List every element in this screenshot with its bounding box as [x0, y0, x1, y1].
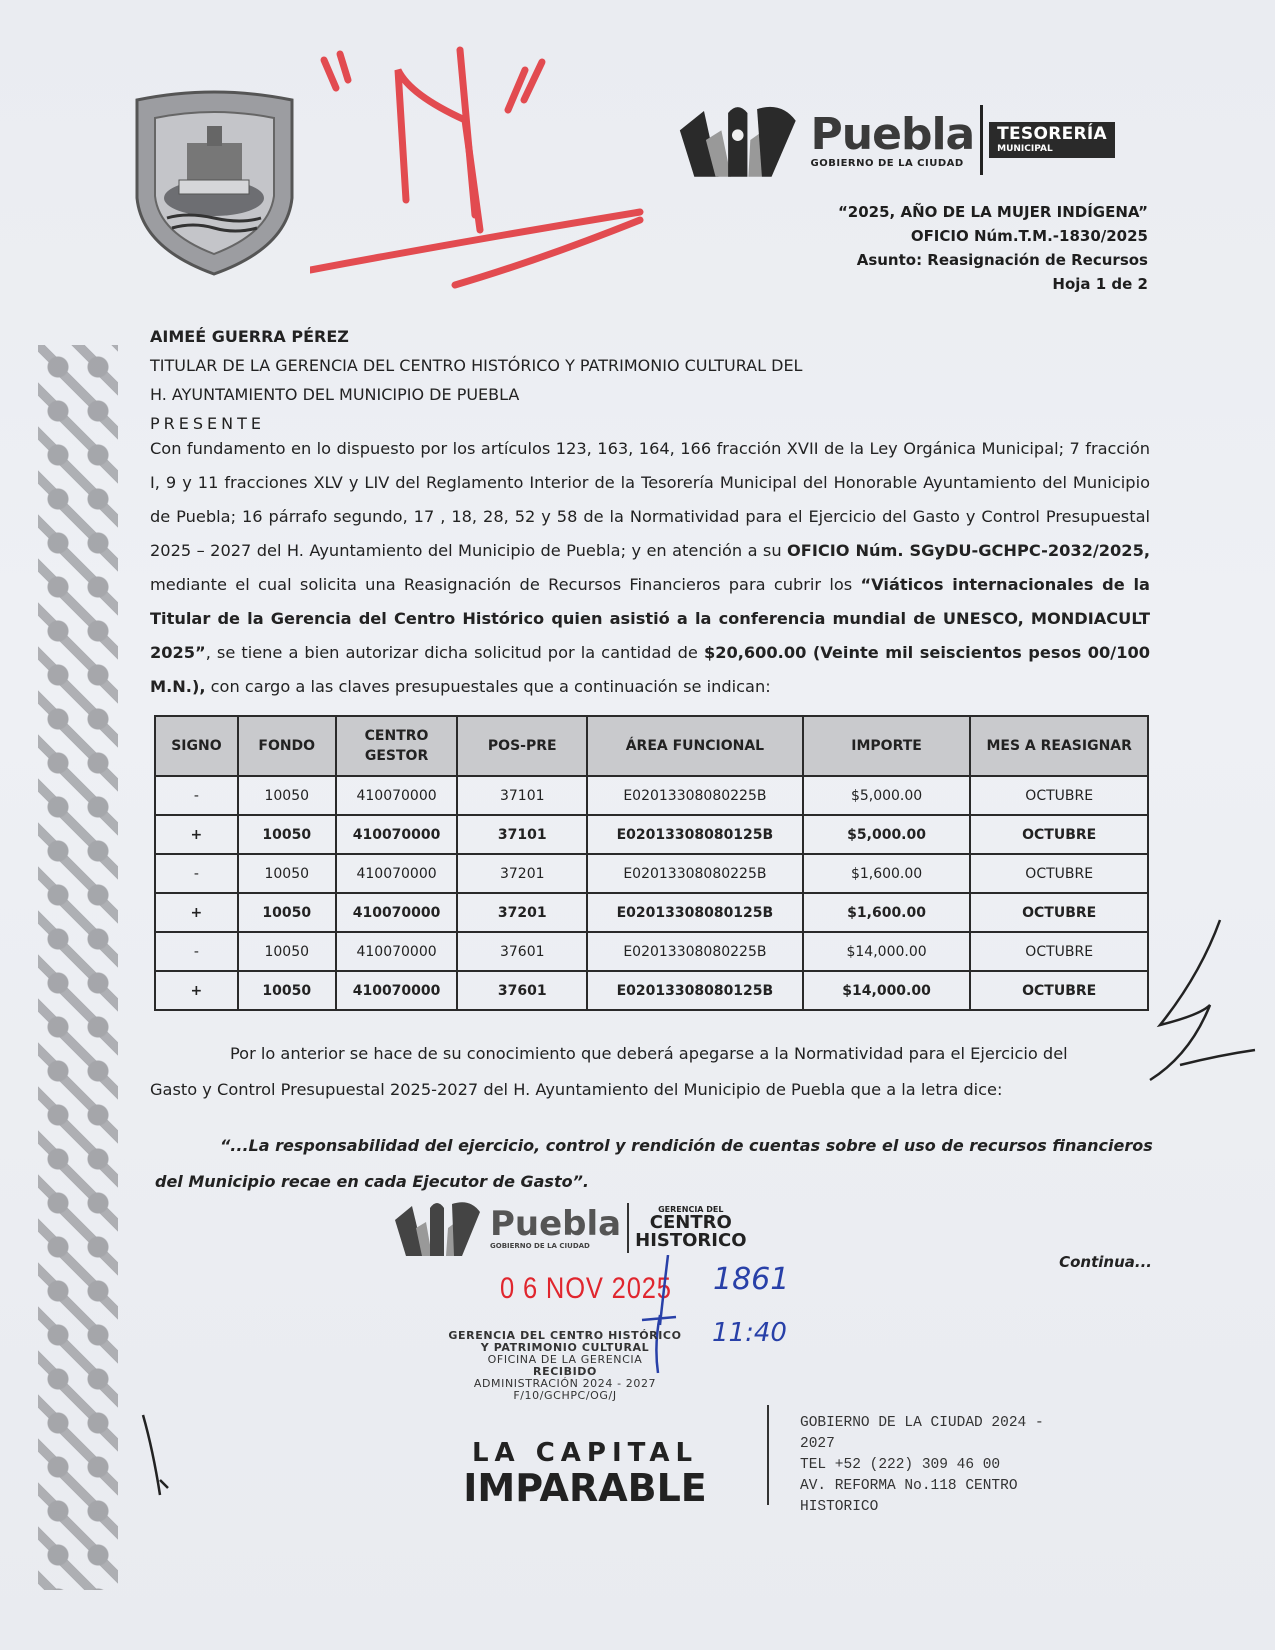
addressee-title-line1: TITULAR DE LA GERENCIA DEL CENTRO HISTÓR…: [150, 351, 802, 380]
table-cell: 410070000: [336, 854, 458, 893]
table-cell: E02013308080225B: [587, 854, 803, 893]
body-text: con cargo a las claves presupuestales qu…: [206, 677, 771, 696]
footer-address: AV. REFORMA No.118 CENTRO: [800, 1476, 1100, 1497]
puebla-tesoreria-logo: Puebla GOBIERNO DE LA CIUDAD TESORERÍA M…: [675, 100, 1115, 180]
table-cell: +: [155, 893, 238, 932]
table-cell: 410070000: [336, 776, 458, 815]
logo-divider: [627, 1203, 629, 1253]
puebla-emblem-icon: [675, 100, 801, 180]
red-pencil-annotation: [310, 40, 690, 290]
column-header: MES A REASIGNAR: [970, 716, 1148, 776]
handwritten-folio: 1861: [713, 1262, 789, 1297]
slogan-line2: IMPARABLE: [440, 1468, 730, 1508]
closing-paragraph: Por lo anterior se hace de su conocimien…: [150, 1036, 1150, 1108]
stamp-line: F/10/GCHPC/OG/J: [430, 1390, 700, 1402]
closing-text-line2: Gasto y Control Presupuestal 2025-2027 d…: [150, 1072, 1150, 1108]
table-body: -1005041007000037101E02013308080225B$5,0…: [155, 776, 1148, 1010]
oficio-number: OFICIO Núm.T.M.-1830/2025: [838, 224, 1148, 248]
table-cell: 10050: [238, 854, 336, 893]
handwritten-time: 11:40: [712, 1318, 787, 1348]
table-cell: OCTUBRE: [970, 971, 1148, 1010]
table-row: +1005041007000037201E02013308080125B$1,6…: [155, 893, 1148, 932]
table-cell: E02013308080125B: [587, 893, 803, 932]
table-cell: E02013308080125B: [587, 971, 803, 1010]
page-indicator: Hoja 1 de 2: [838, 272, 1148, 296]
puebla-emblem-icon: [392, 1198, 482, 1258]
received-stamp-text: GERENCIA DEL CENTRO HISTÓRICO Y PATRIMON…: [430, 1330, 700, 1402]
table-cell: E02013308080125B: [587, 815, 803, 854]
table-cell: 10050: [238, 893, 336, 932]
document-page: Puebla GOBIERNO DE LA CIUDAD TESORERÍA M…: [0, 0, 1275, 1650]
table-cell: 37601: [457, 971, 587, 1010]
subject-line: Asunto: Reasignación de Recursos: [838, 248, 1148, 272]
table-cell: +: [155, 971, 238, 1010]
centro-label: CENTRO: [650, 1214, 732, 1232]
column-header: FONDO: [238, 716, 336, 776]
table-row: -1005041007000037201E02013308080225B$1,6…: [155, 854, 1148, 893]
puebla-wordmark-subtitle: GOBIERNO DE LA CIUDAD: [811, 158, 975, 169]
table-cell: 37101: [457, 815, 587, 854]
normative-quote: “...La responsabilidad del ejercicio, co…: [155, 1128, 1155, 1200]
table-cell: 410070000: [336, 971, 458, 1010]
table-cell: 37201: [457, 893, 587, 932]
column-header: IMPORTE: [803, 716, 971, 776]
closing-text-line1: Por lo anterior se hace de su conocimien…: [150, 1036, 1150, 1072]
table-cell: 10050: [238, 932, 336, 971]
footer-address: HISTORICO: [800, 1497, 1100, 1518]
table-cell: OCTUBRE: [970, 893, 1148, 932]
addressee-title-line2: H. AYUNTAMIENTO DEL MUNICIPIO DE PUEBLA: [150, 380, 802, 409]
table-cell: OCTUBRE: [970, 854, 1148, 893]
footer-phone: TEL +52 (222) 309 46 00: [800, 1455, 1100, 1476]
footer-contact-info: GOBIERNO DE LA CIUDAD 2024 - 2027 TEL +5…: [800, 1413, 1100, 1518]
table-cell: E02013308080225B: [587, 932, 803, 971]
table-cell: -: [155, 776, 238, 815]
table-cell: $1,600.00: [803, 854, 971, 893]
body-text: , se tiene a bien autorizar dicha solici…: [206, 643, 704, 662]
margin-signature: [1140, 915, 1260, 1085]
oficio-reference: OFICIO Núm. SGyDU-GCHPC-2032/2025,: [787, 541, 1150, 560]
table-cell: 410070000: [336, 893, 458, 932]
addressee-name: AIMEÉ GUERRA PÉREZ: [150, 322, 802, 351]
budget-keys-table: SIGNOFONDOCENTRO GESTORPOS-PREÁREA FUNCI…: [154, 715, 1149, 1011]
table-row: +1005041007000037601E02013308080125B$14,…: [155, 971, 1148, 1010]
tesoreria-badge: TESORERÍA MUNICIPAL: [989, 122, 1115, 158]
table-cell: $14,000.00: [803, 971, 971, 1010]
table-row: -1005041007000037101E02013308080225B$5,0…: [155, 776, 1148, 815]
municipal-label: MUNICIPAL: [997, 145, 1107, 154]
puebla-wordmark: Puebla: [811, 112, 975, 158]
table-cell: 37201: [457, 854, 587, 893]
logo-divider: [980, 105, 983, 175]
continues-label: Continua...: [1059, 1253, 1152, 1271]
centro-historico-logo: Puebla GOBIERNO DE LA CIUDAD GERENCIA DE…: [392, 1195, 752, 1260]
year-motto: “2025, AÑO DE LA MUJER INDÍGENA”: [838, 200, 1148, 224]
table-cell: E02013308080225B: [587, 776, 803, 815]
table-cell: 410070000: [336, 932, 458, 971]
footer-line: 2027: [800, 1434, 1100, 1455]
footer-line: GOBIERNO DE LA CIUDAD 2024 -: [800, 1413, 1100, 1434]
column-header: POS-PRE: [457, 716, 587, 776]
footer-divider: [767, 1405, 769, 1505]
table-row: +1005041007000037101E02013308080125B$5,0…: [155, 815, 1148, 854]
table-cell: OCTUBRE: [970, 815, 1148, 854]
table-cell: +: [155, 815, 238, 854]
document-header-info: “2025, AÑO DE LA MUJER INDÍGENA” OFICIO …: [838, 200, 1148, 296]
column-header: SIGNO: [155, 716, 238, 776]
puebla-wordmark-subtitle: GOBIERNO DE LA CIUDAD: [490, 1242, 621, 1250]
table-cell: $14,000.00: [803, 932, 971, 971]
table-cell: $5,000.00: [803, 776, 971, 815]
addressee-block: AIMEÉ GUERRA PÉREZ TITULAR DE LA GERENCI…: [150, 322, 802, 438]
margin-tick-mark: [138, 1410, 178, 1500]
table-cell: OCTUBRE: [970, 776, 1148, 815]
table-cell: 10050: [238, 971, 336, 1010]
table-cell: -: [155, 932, 238, 971]
table-cell: 37601: [457, 932, 587, 971]
table-cell: 10050: [238, 776, 336, 815]
decorative-pattern-strip: [38, 345, 118, 1590]
table-header-row: SIGNOFONDOCENTRO GESTORPOS-PREÁREA FUNCI…: [155, 716, 1148, 776]
table-cell: -: [155, 854, 238, 893]
tesoreria-label: TESORERÍA: [997, 126, 1107, 143]
table-row: -1005041007000037601E02013308080225B$14,…: [155, 932, 1148, 971]
table-cell: 10050: [238, 815, 336, 854]
body-text: mediante el cual solicita una Reasignaci…: [150, 575, 861, 594]
body-paragraph: Con fundamento en lo dispuesto por los a…: [150, 432, 1150, 704]
historico-label: HISTORICO: [635, 1232, 746, 1250]
table-cell: 410070000: [336, 815, 458, 854]
table-cell: $5,000.00: [803, 815, 971, 854]
city-crest-logo: [127, 88, 302, 278]
table-cell: 37101: [457, 776, 587, 815]
puebla-wordmark: Puebla: [490, 1206, 621, 1242]
slogan-line1: LA CAPITAL: [440, 1438, 730, 1468]
column-header: CENTRO GESTOR: [336, 716, 458, 776]
la-capital-imparable-logo: LA CAPITAL IMPARABLE: [440, 1438, 730, 1508]
column-header: ÁREA FUNCIONAL: [587, 716, 803, 776]
table-cell: $1,600.00: [803, 893, 971, 932]
table-cell: OCTUBRE: [970, 932, 1148, 971]
